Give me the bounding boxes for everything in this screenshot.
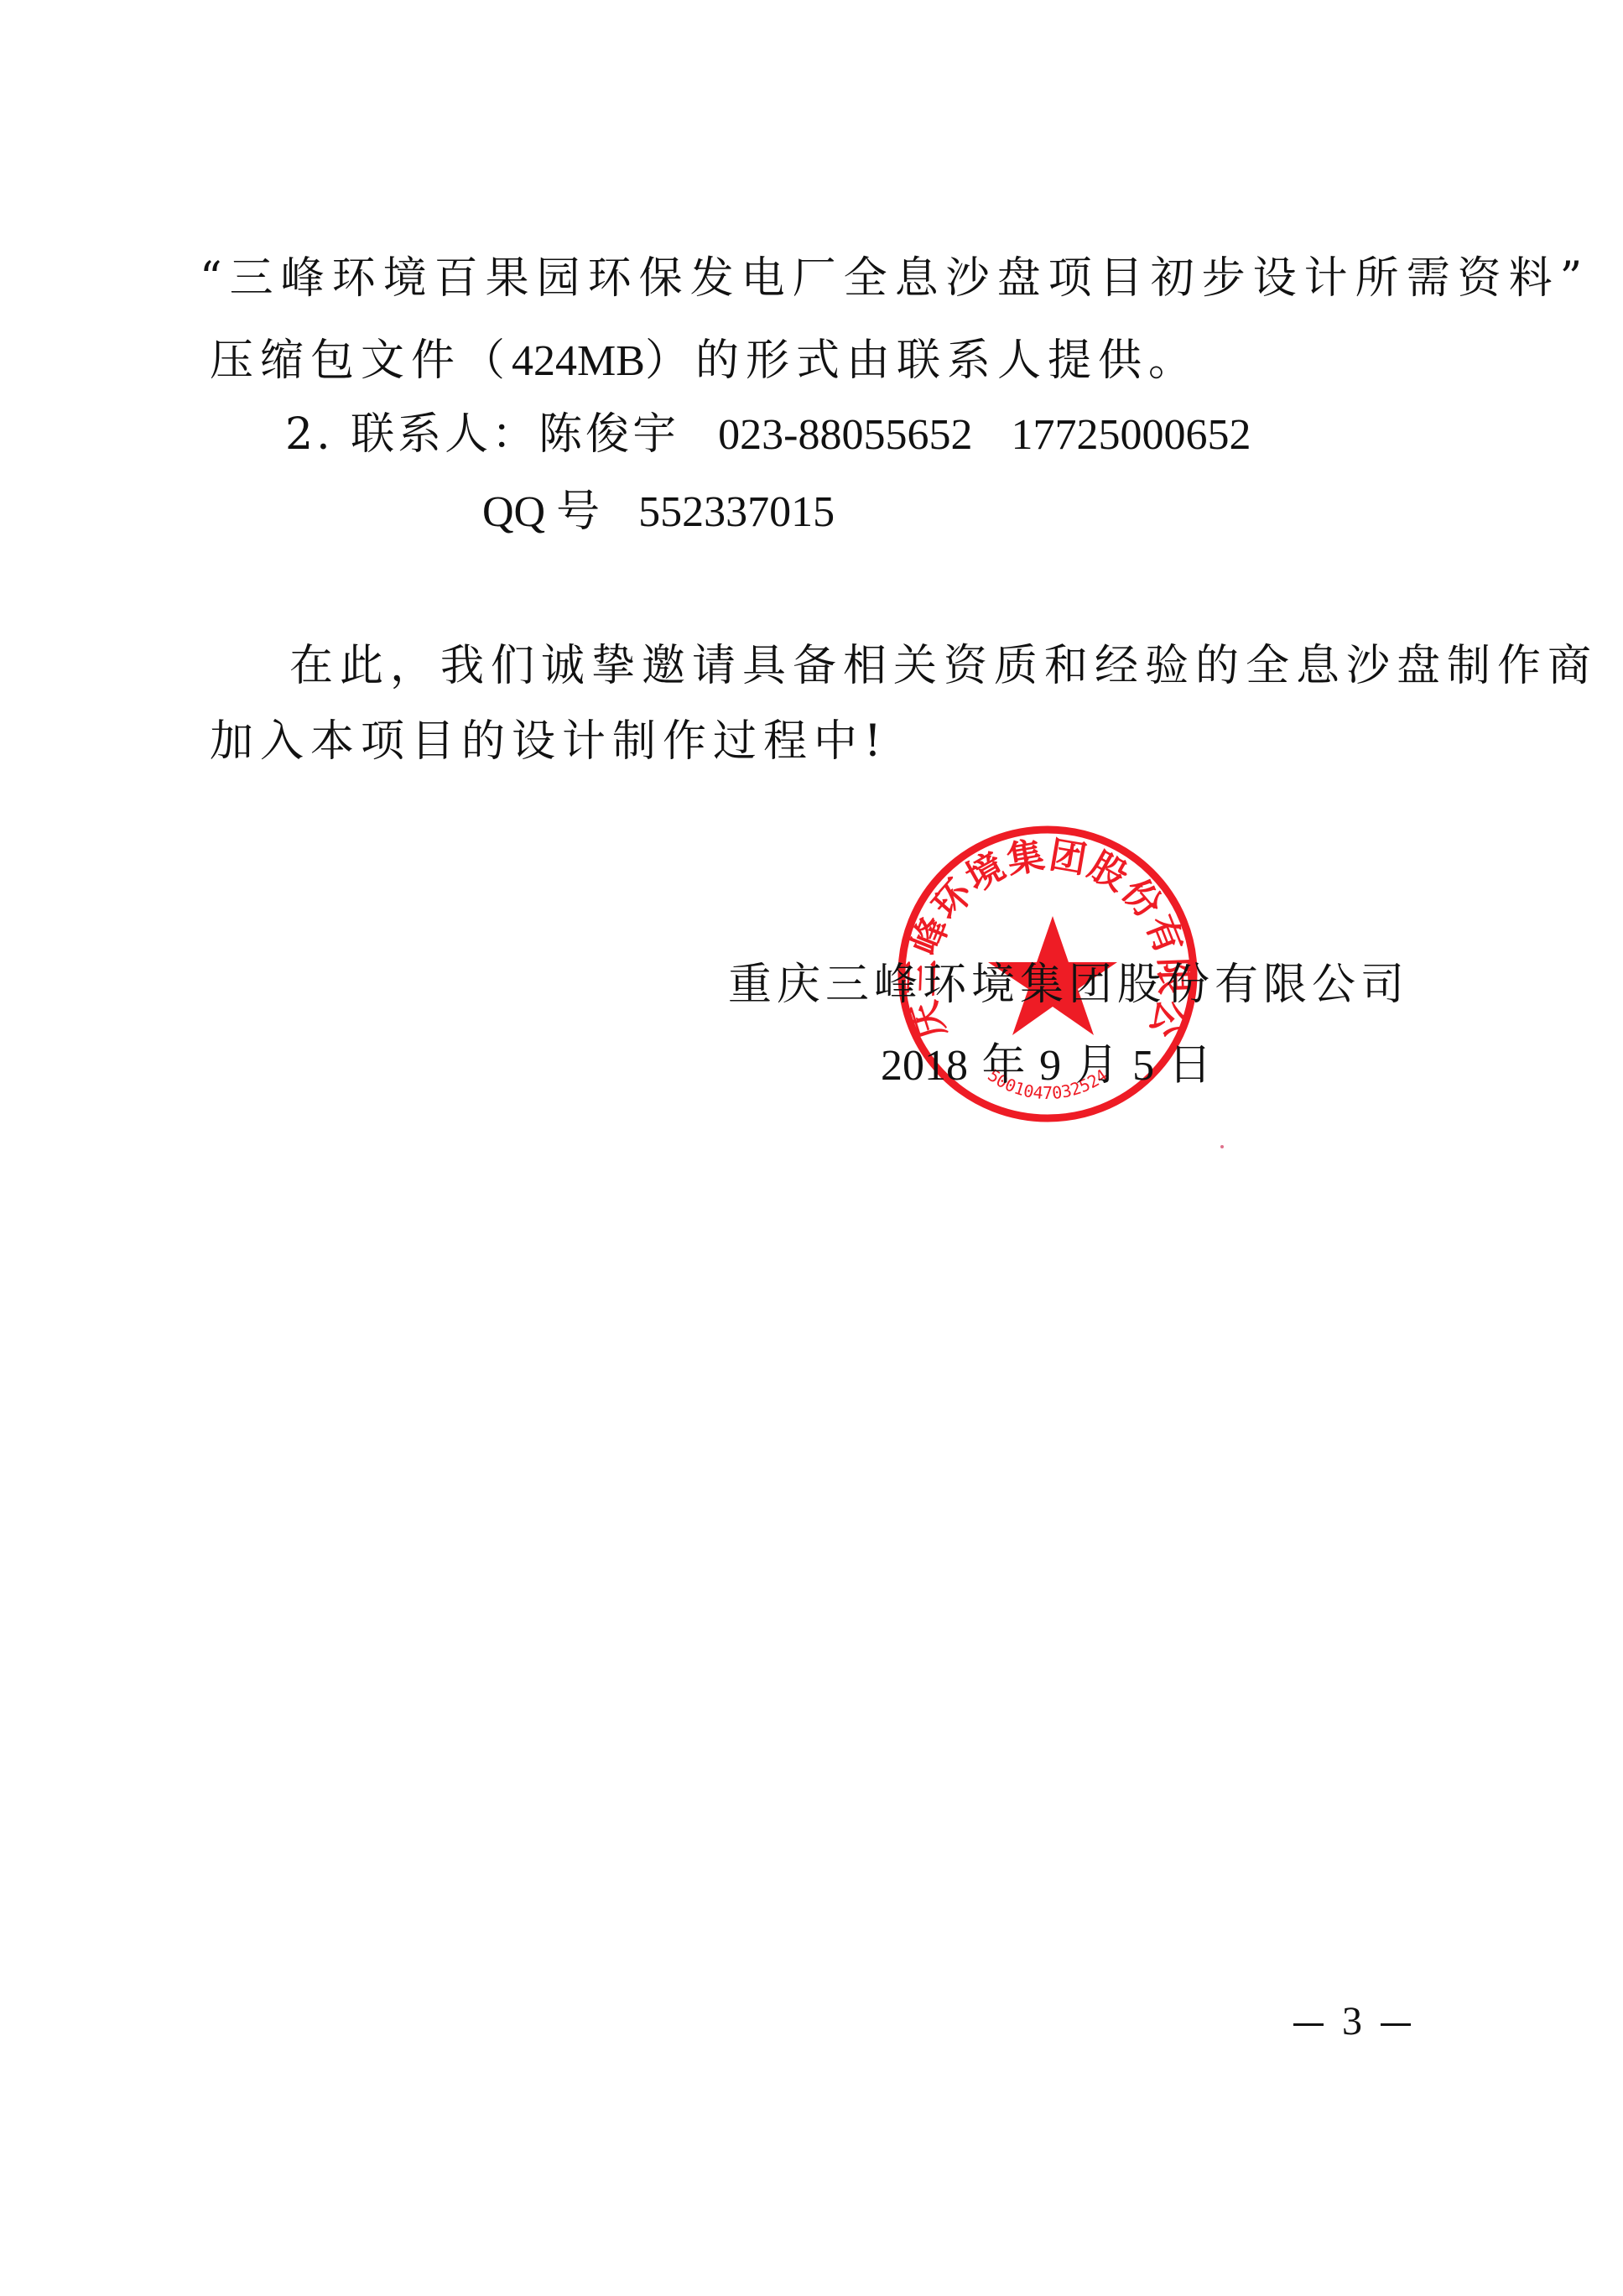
date-year-unit: 年 xyxy=(982,1040,1026,1091)
signature-company: 重庆三峰环境集团股份有限公司 xyxy=(728,958,1409,1012)
qq-label: QQ 号 xyxy=(482,488,600,536)
date-day-unit: 日 xyxy=(1168,1040,1212,1091)
paragraph-2-line-1: 在此，我们诚挚邀请具备相关资质和经验的全息沙盘制作商 xyxy=(289,639,1598,693)
ink-speck xyxy=(1220,1145,1224,1148)
contact-label: 2. 联系人：陈俊宇 xyxy=(285,409,679,460)
paragraph-1-line-1: “三峰环境百果园环保发电厂全息沙盘项目初步设计所需资料” xyxy=(200,252,1589,305)
document-page: “三峰环境百果园环保发电厂全息沙盘项目初步设计所需资料” 压缩包文件（424MB… xyxy=(0,0,1623,2296)
date-month-unit: 月 xyxy=(1075,1040,1119,1091)
date-month: 9 xyxy=(1039,1042,1061,1090)
contact-mobile: 17725000652 xyxy=(1011,411,1251,459)
file-size: 424MB xyxy=(512,337,645,385)
date-year: 2018 xyxy=(881,1042,968,1090)
paragraph-1-line-2-prefix: 压缩包文件（ xyxy=(210,336,512,386)
contact-landline: 023-88055652 xyxy=(718,411,972,459)
qq-line: QQ 号552337015 xyxy=(482,485,835,539)
page-dash-left xyxy=(1293,2023,1324,2026)
signature-date: 2018 年 9 月 5 日 xyxy=(881,1039,1212,1093)
paragraph-1-line-2: 压缩包文件（424MB）的形式由联系人提供。 xyxy=(210,334,1199,388)
page-dash-right xyxy=(1381,2023,1411,2026)
qq-number: 552337015 xyxy=(638,488,835,536)
page-number: 3 xyxy=(1275,1998,1429,2044)
paragraph-1-line-2-suffix: ）的形式由联系人提供。 xyxy=(645,336,1199,386)
page-number-value: 3 xyxy=(1342,1999,1362,2043)
date-day: 5 xyxy=(1132,1042,1154,1090)
paragraph-2-line-2: 加入本项目的设计制作过程中! xyxy=(210,715,888,768)
contact-line: 2. 联系人：陈俊宇023-8805565217725000652 xyxy=(285,408,1251,462)
